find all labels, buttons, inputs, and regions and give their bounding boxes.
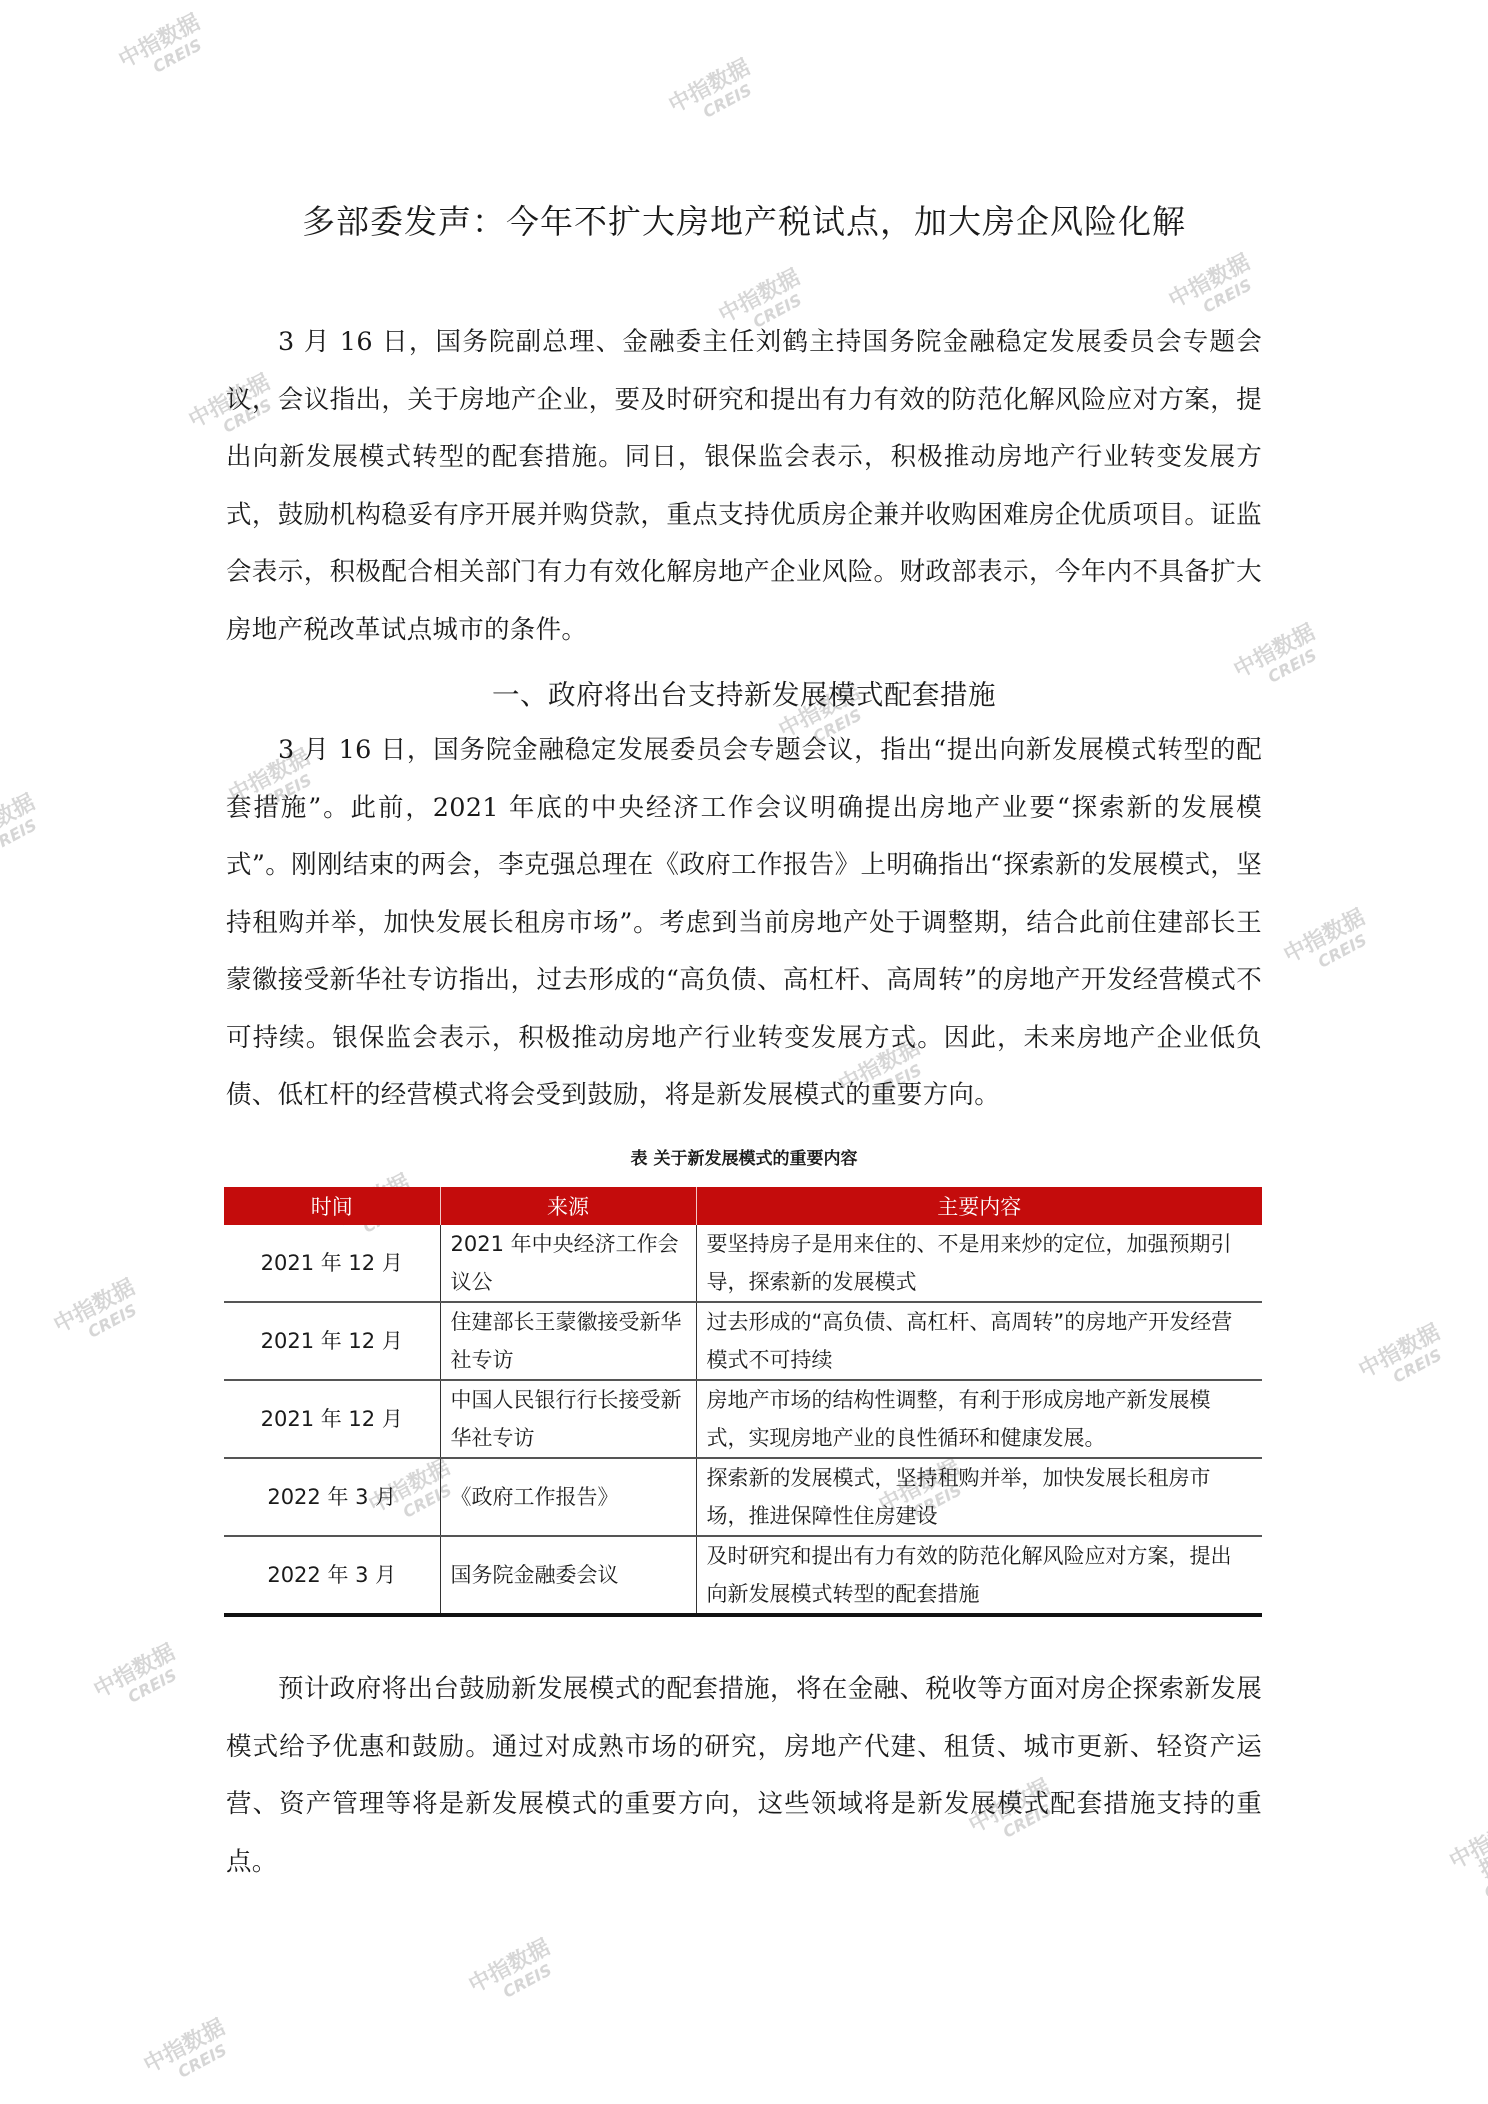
cell-time: 2021 年 12 月 [224,1380,440,1458]
table-header-row: 时间 来源 主要内容 [224,1187,1262,1225]
cell-content: 探索新的发展模式，坚持租购并举，加快发展长租房市场，推进保障性住房建设 [696,1458,1262,1536]
new-development-model-table: 时间 来源 主要内容 2021 年 12 月 2021 年中央经济工作会议公 要… [224,1187,1262,1617]
cell-time: 2022 年 3 月 [224,1536,440,1615]
cell-source: 《政府工作报告》 [440,1458,696,1536]
cell-source: 2021 年中央经济工作会议公 [440,1225,696,1302]
document-page: 多部委发声：今年不扩大房地产税试点，加大房企风险化解 3 月 16 日，国务院副… [0,0,1488,2104]
cell-time: 2021 年 12 月 [224,1302,440,1380]
table-caption: 表 关于新发展模式的重要内容 [0,1144,1488,1169]
table-row: 2021 年 12 月 中国人民银行行长接受新华社专访 房地产市场的结构性调整，… [224,1380,1262,1458]
cell-content: 过去形成的“高负债、高杠杆、高周转”的房地产开发经营模式不可持续 [696,1302,1262,1380]
cell-content: 要坚持房子是用来住的、不是用来炒的定位，加强预期引导，探索新的发展模式 [696,1225,1262,1302]
intro-paragraph: 3 月 16 日，国务院副总理、金融委主任刘鹤主持国务院金融稳定发展委员会专题会… [226,314,1262,659]
section-paragraph-1: 3 月 16 日，国务院金融稳定发展委员会专题会议，指出“提出向新发展模式转型的… [226,722,1262,1125]
column-header-content: 主要内容 [696,1187,1262,1225]
cell-time: 2022 年 3 月 [224,1458,440,1536]
cell-source: 中国人民银行行长接受新华社专访 [440,1380,696,1458]
column-header-source: 来源 [440,1187,696,1225]
table-row: 2022 年 3 月 国务院金融委会议 及时研究和提出有力有效的防范化解风险应对… [224,1536,1262,1615]
cell-time: 2021 年 12 月 [224,1225,440,1302]
column-header-time: 时间 [224,1187,440,1225]
cell-content: 房地产市场的结构性调整，有利于形成房地产新发展模式，实现房地产业的良性循环和健康… [696,1380,1262,1458]
document-title: 多部委发声：今年不扩大房地产税试点，加大房企风险化解 [0,196,1488,243]
table-row: 2022 年 3 月 《政府工作报告》 探索新的发展模式，坚持租购并举，加快发展… [224,1458,1262,1536]
table-row: 2021 年 12 月 2021 年中央经济工作会议公 要坚持房子是用来住的、不… [224,1225,1262,1302]
cell-content: 及时研究和提出有力有效的防范化解风险应对方案，提出向新发展模式转型的配套措施 [696,1536,1262,1615]
cell-source: 国务院金融委会议 [440,1536,696,1615]
section-heading: 一、政府将出台支持新发展模式配套措施 [0,672,1488,712]
table-row: 2021 年 12 月 住建部长王蒙徽接受新华社专访 过去形成的“高负债、高杠杆… [224,1302,1262,1380]
cell-source: 住建部长王蒙徽接受新华社专访 [440,1302,696,1380]
section-paragraph-2: 预计政府将出台鼓励新发展模式的配套措施，将在金融、税收等方面对房企探索新发展模式… [226,1661,1262,1891]
